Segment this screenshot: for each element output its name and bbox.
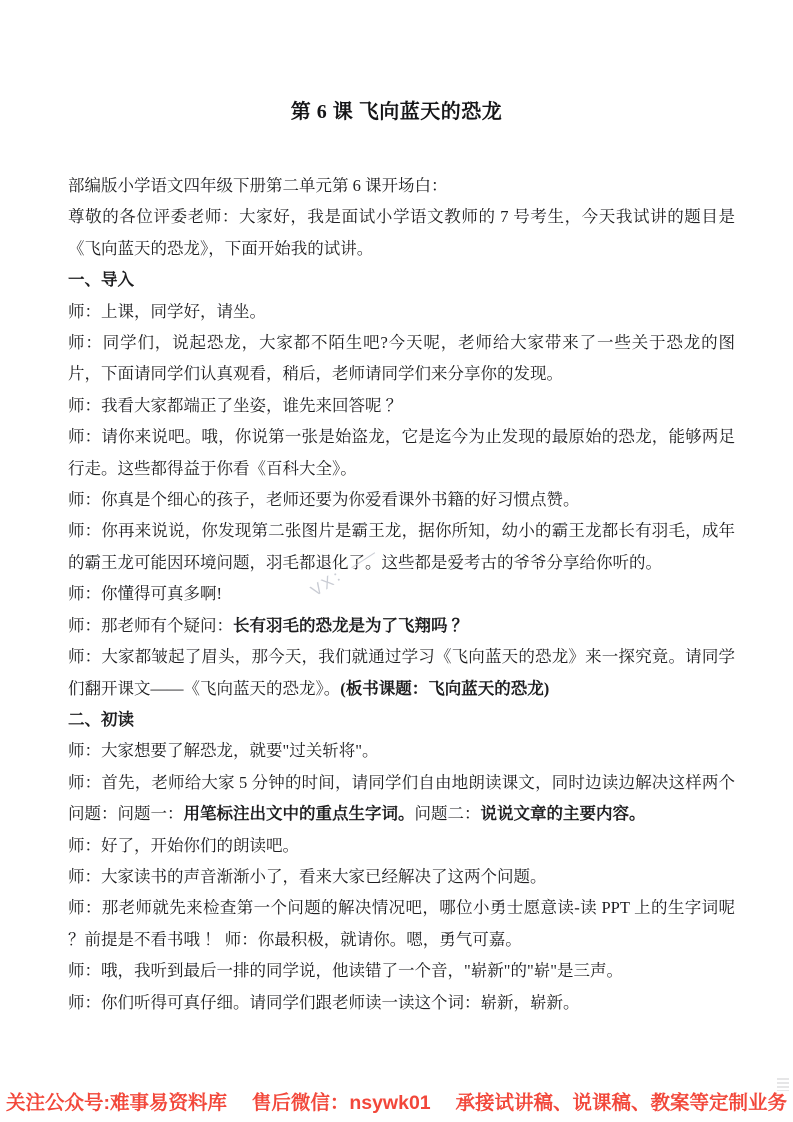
paragraph: 师：你们听得可真仔细。请同学们跟老师读一读这个词：崭新，崭新。 [68, 987, 735, 1018]
text-run: 师：那老师就先来检查第一个问题的解决情况吧，哪位小勇士愿意读-读 PPT 上的生… [68, 898, 735, 948]
text-run: 师：你们听得可真仔细。请同学们跟老师读一读这个词：崭新，崭新。 [68, 993, 580, 1012]
text-run: 师：大家想要了解恐龙，就要"过关斩将"。 [68, 741, 378, 760]
text-run: 师：好了，开始你们的朗读吧。 [68, 836, 299, 855]
text-run: 师：同学们，说起恐龙，大家都不陌生吧?今天呢，老师给大家带来了一些关于恐龙的图片… [68, 333, 735, 383]
text-run: 师：你真是个细心的孩子，老师还要为你爱看课外书籍的好习惯点赞。 [68, 490, 580, 509]
document-page: 第 6 课 飞向蓝天的恐龙 部编版小学语文四年级下册第二单元第 6 课开场白：尊… [0, 0, 793, 1122]
page-title: 第 6 课 飞向蓝天的恐龙 [0, 95, 793, 124]
paragraph: 尊敬的各位评委老师：大家好，我是面试小学语文教师的 7 号考生，今天我试讲的题目… [68, 201, 735, 264]
paragraph: 师：上课，同学好，请坐。 [68, 296, 735, 327]
paragraph: 师：你懂得可真多啊! [68, 578, 735, 609]
text-run: 师：请你来说吧。哦，你说第一张是始盗龙，它是迄今为止发现的最原始的恐龙，能够两足… [68, 427, 735, 477]
paragraph: 师：大家读书的声音渐渐小了，看来大家已经解决了这两个问题。 [68, 861, 735, 892]
section-heading: 二、初读 [68, 704, 735, 735]
paragraph: 师：好了，开始你们的朗读吧。 [68, 830, 735, 861]
paragraph: 师：哦，我听到最后一排的同学说，他读错了一个音，"崭新"的"崭"是三声。 [68, 955, 735, 986]
text-run: 师：大家读书的声音渐渐小了，看来大家已经解决了这两个问题。 [68, 867, 547, 886]
text-run: 师：哦，我听到最后一排的同学说，他读错了一个音，"崭新"的"崭"是三声。 [68, 961, 623, 980]
text-run: 一、导入 [68, 270, 134, 289]
text-run: 部编版小学语文四年级下册第二单元第 6 课开场白： [68, 176, 448, 195]
text-run: 说说文章的主要内容。 [481, 804, 646, 823]
text-run: 长有羽毛的恐龙是为了飞翔吗 ？ [233, 616, 468, 635]
text-run: 师：那老师有个疑问： [68, 616, 233, 635]
paragraph: 师：大家都皱起了眉头，那今天，我们就通过学习《飞向蓝天的恐龙》来一探究竟。请同学… [68, 641, 735, 704]
text-run: 师：我看大家都端正了坐姿，谁先来回答呢 ？ [68, 396, 402, 415]
text-run: 二、初读 [68, 710, 134, 729]
footer-public-account: 关注公众号:难事易资料库 [6, 1087, 227, 1115]
section-heading: 一、导入 [68, 264, 735, 295]
paragraph: 师：你真是个细心的孩子，老师还要为你爱看课外书籍的好习惯点赞。 [68, 484, 735, 515]
text-run: 师：上课，同学好，请坐。 [68, 302, 266, 321]
paragraph: 师：同学们，说起恐龙，大家都不陌生吧?今天呢，老师给大家带来了一些关于恐龙的图片… [68, 327, 735, 390]
paragraph: 师：请你来说吧。哦，你说第一张是始盗龙，它是迄今为止发现的最原始的恐龙，能够两足… [68, 421, 735, 484]
document-body: 部编版小学语文四年级下册第二单元第 6 课开场白：尊敬的各位评委老师：大家好，我… [68, 170, 735, 1018]
text-run: 师：你再来说说，你发现第二张图片是霸王龙，据你所知，幼小的霸王龙都长有羽毛，成年… [68, 521, 735, 571]
paragraph: 师：你再来说说，你发现第二张图片是霸王龙，据你所知，幼小的霸王龙都长有羽毛，成年… [68, 515, 735, 578]
paragraph: 师：那老师就先来检查第一个问题的解决情况吧，哪位小勇士愿意读-读 PPT 上的生… [68, 892, 735, 955]
paragraph: 部编版小学语文四年级下册第二单元第 6 课开场白： [68, 170, 735, 201]
footer-services: 承接试讲稿、说课稿、教案等定制业务 [455, 1087, 787, 1115]
text-run: 问题二： [415, 804, 481, 823]
paragraph: 师：首先，老师给大家 5 分钟的时间，请同学们自由地朗读课文，同时边读边解决这样… [68, 767, 735, 830]
paragraph: 师：我看大家都端正了坐姿，谁先来回答呢 ？ [68, 390, 735, 421]
paragraph: 师：大家想要了解恐龙，就要"过关斩将"。 [68, 735, 735, 766]
text-run: 尊敬的各位评委老师：大家好，我是面试小学语文教师的 7 号考生，今天我试讲的题目… [68, 207, 735, 257]
text-run: 师：你懂得可真多啊! [68, 584, 222, 603]
text-run: (板书课题：飞向蓝天的恐龙) [340, 679, 549, 698]
text-run: 用笔标注出文中的重点生字词。 [184, 804, 415, 823]
footer-wechat-contact: 售后微信：nsywk01 [252, 1087, 431, 1115]
footer-promo: 关注公众号:难事易资料库 售后微信：nsywk01 承接试讲稿、说课稿、教案等定… [6, 1087, 787, 1115]
paragraph: 师：那老师有个疑问：长有羽毛的恐龙是为了飞翔吗 ？ [68, 610, 735, 641]
